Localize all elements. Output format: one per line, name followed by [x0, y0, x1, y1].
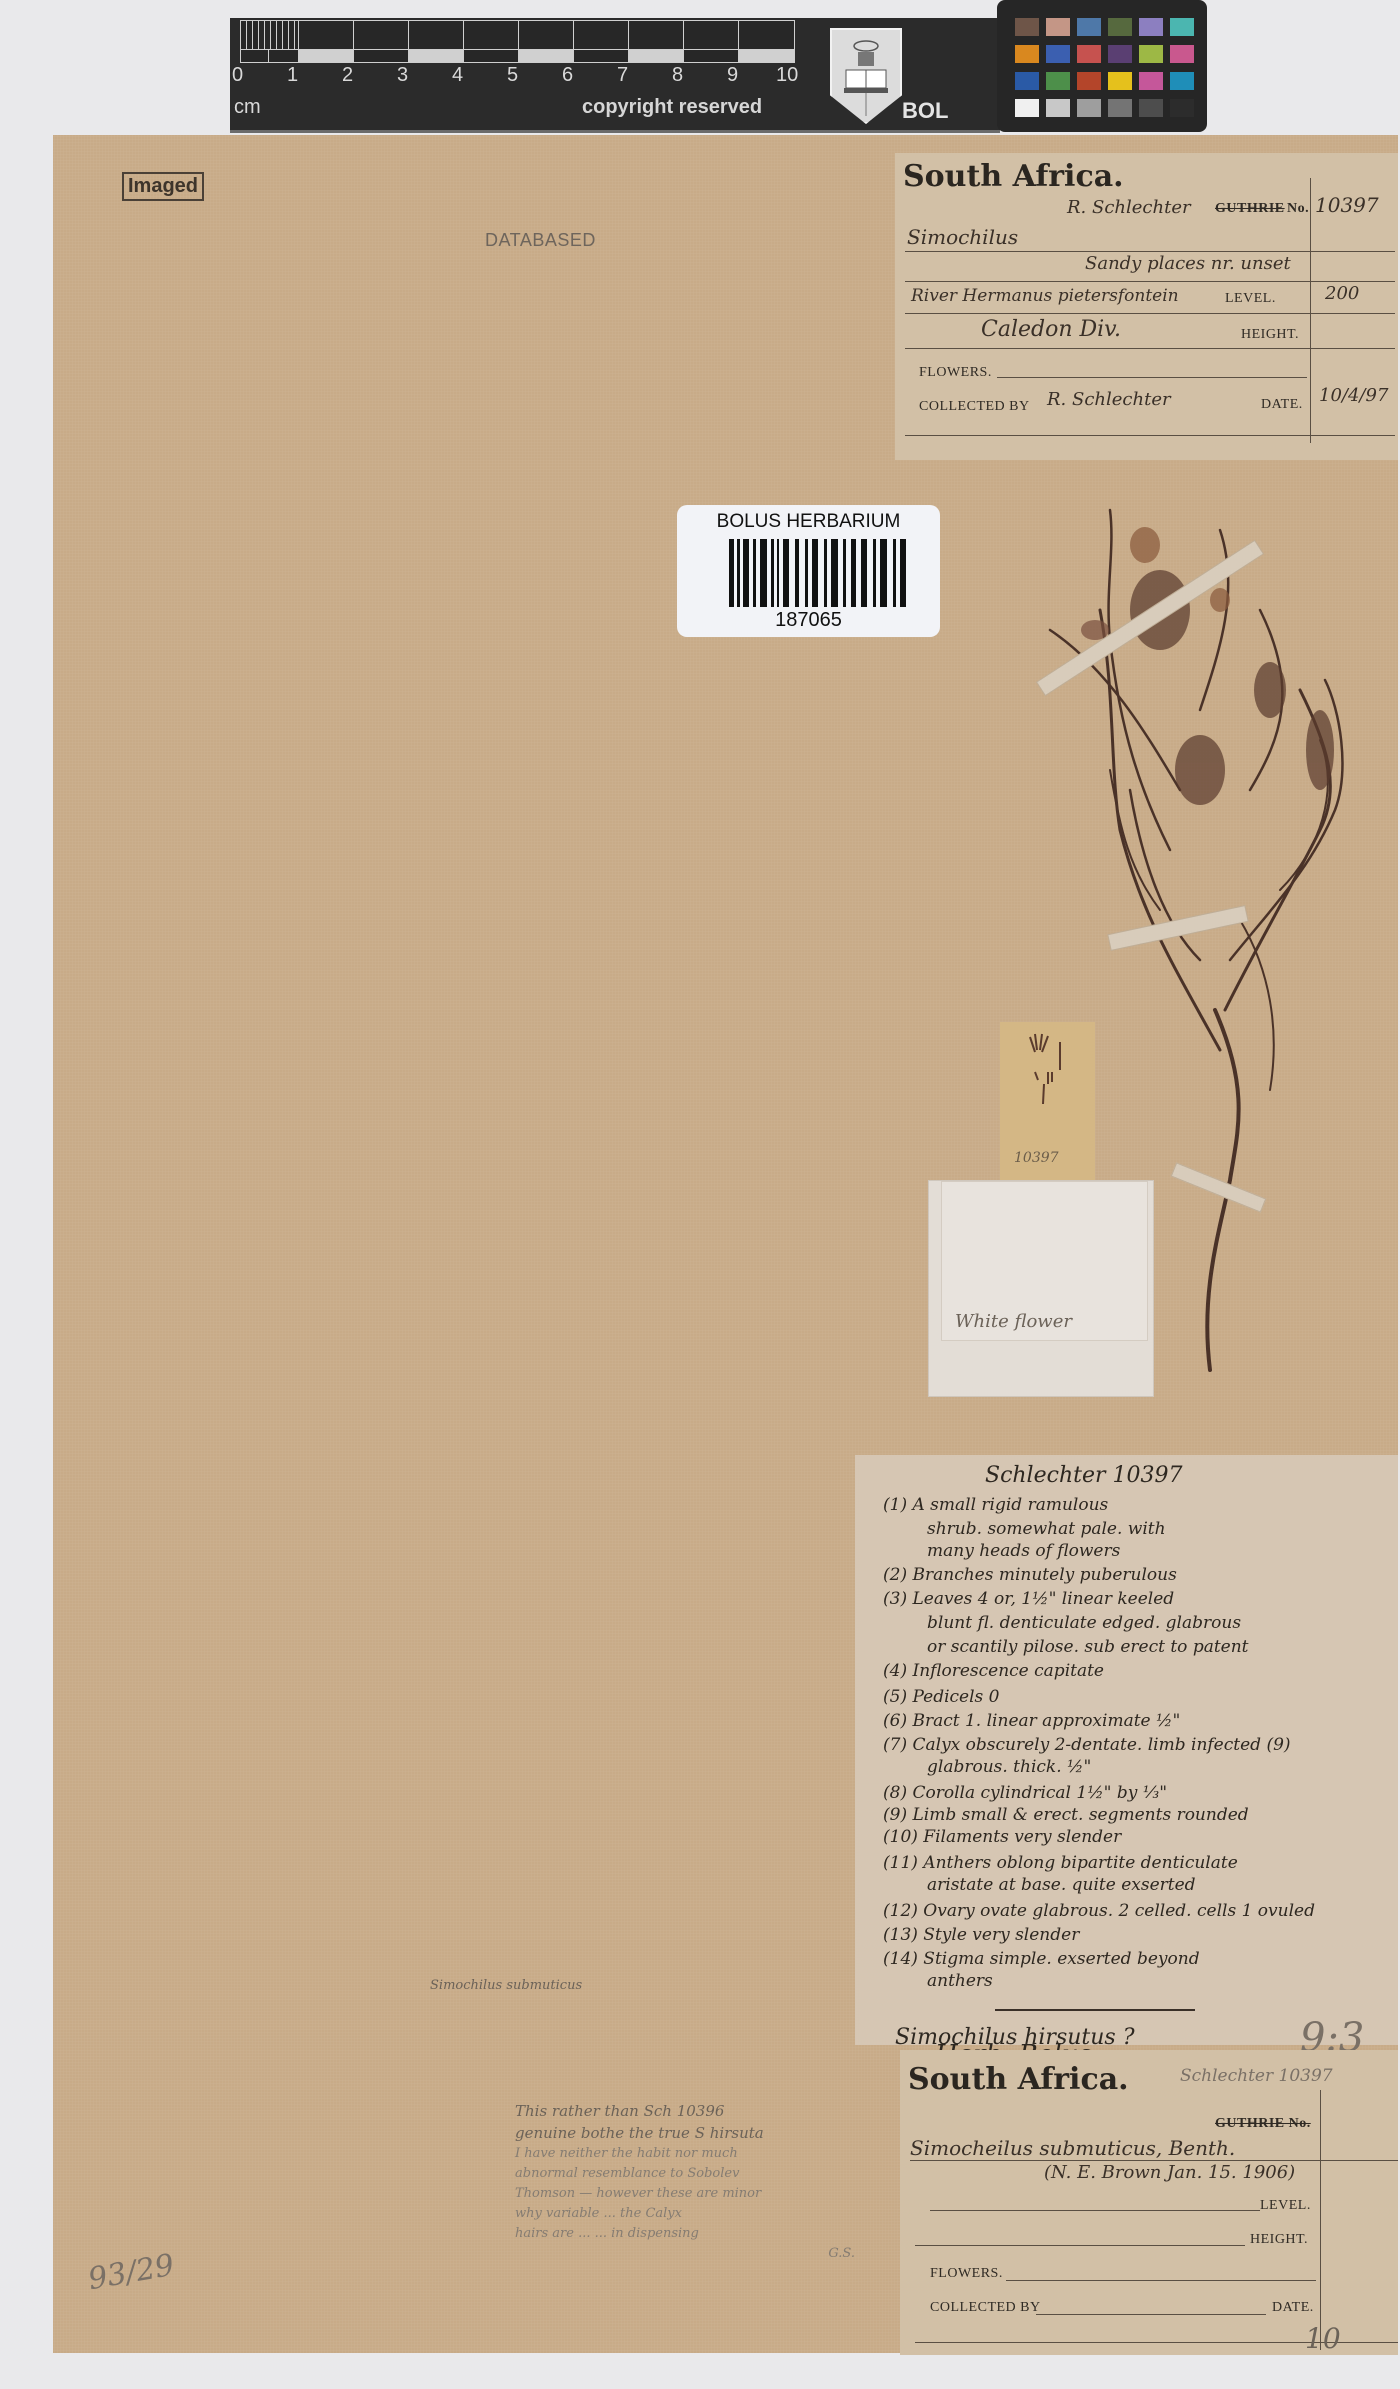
tick-label: 0	[232, 64, 243, 87]
packet-number: 10397	[1014, 1150, 1059, 1166]
color-patch	[1015, 72, 1039, 90]
note-line: shrub. somewhat pale. with	[927, 1519, 1166, 1539]
scale-mm-block	[240, 20, 300, 50]
genus-name: Simochilus	[907, 225, 1018, 249]
level-value: 200	[1325, 283, 1359, 304]
rule	[905, 348, 1395, 349]
color-patch	[1170, 72, 1194, 90]
pencil-note-line: This rather than Sch 10396	[515, 2100, 895, 2122]
color-patch	[1170, 99, 1194, 117]
mounting-strap	[1037, 540, 1264, 695]
color-patch	[1015, 18, 1039, 36]
scale-block	[353, 20, 410, 50]
pencil-name: Simochilus submuticus	[430, 1978, 582, 1993]
note-line: (9) Limb small & erect. segments rounded	[883, 1805, 1249, 1825]
collection-number: 10397	[1315, 193, 1379, 217]
note-line: (8) Corolla cylindrical 1½" by ⅓"	[883, 1783, 1167, 1803]
rule	[930, 2210, 1260, 2211]
scale-alt	[298, 49, 355, 63]
note-line: (10) Filaments very slender	[883, 1827, 1121, 1847]
flowers-label: FLOWERS.	[919, 365, 992, 381]
scale-alt	[240, 49, 270, 63]
fragment-envelope: White flower	[928, 1180, 1154, 1397]
color-patch	[1077, 45, 1101, 63]
rule	[905, 281, 1395, 282]
scale-bar	[240, 18, 812, 64]
rule	[905, 313, 1395, 314]
pencil-note-line: Thomson — however these are minor	[515, 2184, 895, 2204]
note-line: (6) Bract 1. linear approximate ½"	[883, 1711, 1180, 1731]
note-line: (5) Pedicels 0	[883, 1687, 1000, 1707]
note-line: blunt fl. denticulate edged. glabrous	[927, 1613, 1241, 1633]
color-patch	[1108, 18, 1132, 36]
tick-label: 6	[562, 64, 573, 87]
scale-block	[573, 20, 630, 50]
note-line: (3) Leaves 4 or, 1½" linear keeled	[883, 1589, 1174, 1609]
note-line: anthers	[927, 1971, 993, 1991]
color-patch	[1077, 18, 1101, 36]
mounting-strap	[1108, 906, 1248, 951]
tick-label: 4	[452, 64, 463, 87]
scale-alt	[518, 49, 575, 63]
collection-label: South Africa. R. Schlechter GUTHRIE No. …	[895, 153, 1398, 460]
scale-block	[628, 20, 685, 50]
barcode-label: BOLUS HERBARIUM 187065	[677, 505, 940, 637]
collected-by-label: COLLECTED BY	[919, 399, 1030, 415]
tick-label: 5	[507, 64, 518, 87]
collected-by-value: R. Schlechter	[1047, 389, 1171, 410]
color-patch	[1015, 45, 1039, 63]
note-line: (11) Anthers oblong bipartite denticulat…	[883, 1853, 1238, 1873]
scale-block	[463, 20, 520, 50]
color-patch	[1046, 72, 1070, 90]
color-patch	[1077, 72, 1101, 90]
color-patch	[1139, 99, 1163, 117]
imaged-stamp: Imaged	[122, 172, 204, 201]
collector-name: R. Schlechter	[1067, 197, 1191, 218]
scale-alt	[408, 49, 465, 63]
rule	[910, 2160, 1398, 2161]
species-name: Simocheilus submuticus, Benth.	[910, 2136, 1235, 2160]
note-line: (13) Style very slender	[883, 1925, 1079, 1945]
scale-block	[408, 20, 465, 50]
divider	[1320, 2090, 1321, 2350]
determination-label: South Africa. Schlechter 10397 GUTHRIE N…	[900, 2050, 1398, 2355]
note-line: many heads of flowers	[927, 1541, 1120, 1561]
locality-line-1: Sandy places nr. unset	[1085, 253, 1291, 274]
flowers-label: FLOWERS.	[930, 2266, 1003, 2282]
note-line: (14) Stigma simple. exserted beyond	[883, 1949, 1200, 1969]
color-patch	[1046, 45, 1070, 63]
note-line: glabrous. thick. ½"	[927, 1757, 1091, 1777]
pencil-note-line: I have neither the habit nor much	[515, 2144, 895, 2164]
color-patch	[1139, 18, 1163, 36]
university-crest-icon	[830, 28, 902, 124]
scale-block	[683, 20, 740, 50]
scale-block	[298, 20, 355, 50]
tick-label: 8	[672, 64, 683, 87]
color-patch	[1108, 45, 1132, 63]
databased-stamp: DATABASED	[485, 230, 596, 251]
rule	[905, 251, 1395, 252]
height-label: HEIGHT.	[1241, 327, 1299, 343]
tick-label: 3	[397, 64, 408, 87]
district: Caledon Div.	[981, 317, 1121, 342]
date-label: DATE.	[1272, 2300, 1314, 2316]
number-label: No.	[1287, 201, 1309, 217]
scale-alt	[683, 49, 740, 63]
unit-label: cm	[234, 96, 261, 119]
barcode-icon	[729, 539, 909, 607]
date-value: 10/4/97	[1319, 385, 1388, 406]
description-notes-label: Schlechter 10397 (1) A small rigid ramul…	[855, 1455, 1398, 2045]
tick-label: 10	[776, 64, 798, 87]
copyright-text: copyright reserved	[582, 96, 762, 119]
pencil-mark: 10	[1305, 2322, 1341, 2355]
note-line: (1) A small rigid ramulous	[883, 1495, 1108, 1515]
scale-alt	[738, 49, 795, 63]
level-label: LEVEL.	[1225, 291, 1276, 307]
note-line: (2) Branches minutely puberulous	[883, 1565, 1177, 1585]
barcode-number: 187065	[677, 609, 940, 632]
divider	[1310, 178, 1311, 443]
tick-label: 9	[727, 64, 738, 87]
color-patch	[1077, 99, 1101, 117]
color-calibration-chart	[997, 0, 1207, 132]
scale-ruler: 0 1 2 3 4 5 6 7 8 9 10 cm copyright rese…	[230, 18, 1000, 133]
struck-guthrie: GUTHRIE	[1215, 201, 1285, 217]
tick-label: 2	[342, 64, 353, 87]
divider	[995, 2009, 1195, 2011]
collector-reference: Schlechter 10397	[1180, 2066, 1333, 2086]
pencil-note-line: why variable ... the Calyx	[515, 2204, 895, 2224]
color-patch	[1046, 99, 1070, 117]
envelope-note: White flower	[955, 1311, 1072, 1332]
date-label: DATE.	[1261, 397, 1303, 413]
scale-alt	[353, 49, 410, 63]
rule	[1006, 2280, 1316, 2281]
scale-alt	[268, 49, 300, 63]
pencil-note-line: genuine bothe the true S hirsuta	[515, 2122, 895, 2144]
locality-line-2: River Hermanus pietersfontein	[911, 286, 1179, 306]
color-patch	[1046, 18, 1070, 36]
pencil-note-line: hairs are ... ... in dispensing	[515, 2224, 895, 2244]
pencil-notes: This rather than Sch 10396 genuine bothe…	[515, 2100, 895, 2264]
note-line: aristate at base. quite exserted	[927, 1875, 1196, 1895]
rule	[1036, 2314, 1266, 2315]
fragment-packet: 10397	[1000, 1022, 1095, 1182]
level-label: LEVEL.	[1260, 2198, 1311, 2214]
rule	[997, 377, 1307, 378]
tick-label: 7	[617, 64, 628, 87]
barcode-title: BOLUS HERBARIUM	[677, 511, 940, 533]
note-line: (4) Inflorescence capitate	[883, 1661, 1104, 1681]
scale-ticks: 0 1 2 3 4 5 6 7 8 9 10	[230, 64, 830, 94]
note-line: (12) Ovary ovate glabrous. 2 celled. cel…	[883, 1901, 1315, 1921]
note-line: or scantily pilose. sub erect to patent	[927, 1637, 1249, 1657]
scale-block	[518, 20, 575, 50]
label-title: South Africa.	[903, 159, 1124, 194]
scale-alt	[463, 49, 520, 63]
tick-label: 1	[287, 64, 298, 87]
collected-by-label: COLLECTED BY	[930, 2300, 1041, 2316]
struck-guthrie: GUTHRIE No.	[1215, 2116, 1311, 2132]
rule	[905, 435, 1395, 436]
color-patch	[1108, 72, 1132, 90]
label-title: South Africa.	[908, 2062, 1129, 2097]
color-patch	[1108, 99, 1132, 117]
pencil-note-line: G.S.	[515, 2244, 895, 2264]
scale-block	[738, 20, 795, 50]
notes-heading: Schlechter 10397	[985, 1463, 1182, 1488]
color-patch	[1015, 99, 1039, 117]
pencil-note-line: abnormal resemblance to Sobolev	[515, 2164, 895, 2184]
institution-code: BOL	[902, 98, 948, 124]
dissected-flower-parts-icon	[1000, 1022, 1095, 1142]
color-patch	[1170, 18, 1194, 36]
color-patch	[1139, 72, 1163, 90]
note-line: (7) Calyx obscurely 2-dentate. limb infe…	[883, 1735, 1291, 1755]
scale-alt	[628, 49, 685, 63]
determiner: (N. E. Brown Jan. 15. 1906)	[1044, 2162, 1295, 2183]
rule	[915, 2245, 1245, 2246]
color-patch	[1170, 45, 1194, 63]
color-patch	[1139, 45, 1163, 63]
scale-alt	[573, 49, 630, 63]
height-label: HEIGHT.	[1250, 2232, 1308, 2248]
